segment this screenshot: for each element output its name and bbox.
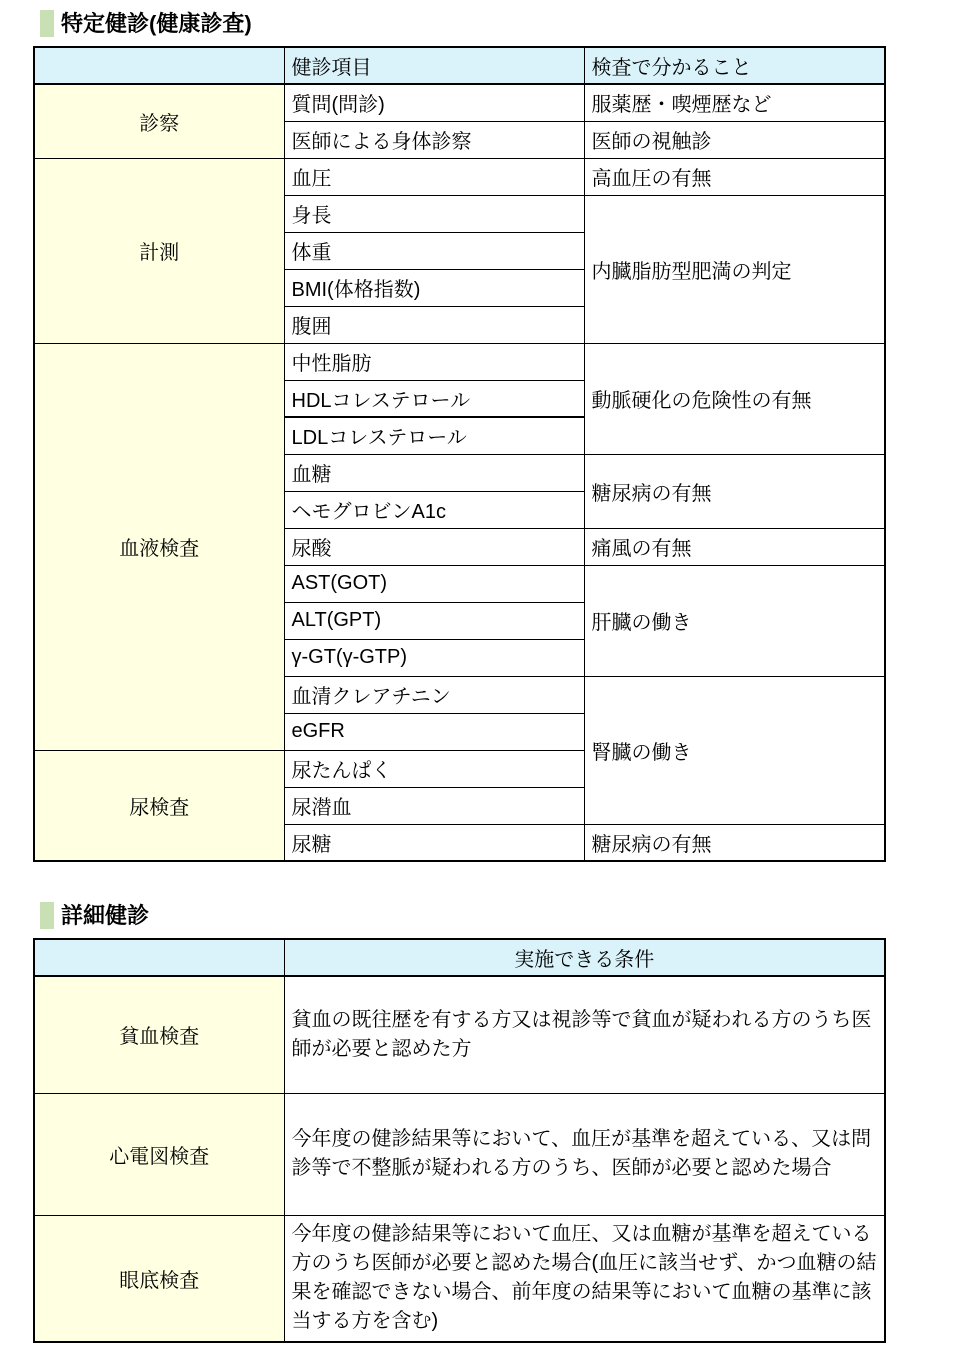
column-header [34,939,284,976]
category-cell: 尿検査 [34,750,284,861]
item-cell: LDLコレステロール [284,417,584,454]
column-header: 検査で分かること [584,47,885,84]
condition-cell: 今年度の健診結果等において、血圧が基準を超えている、又は問診等で不整脈が疑われる… [284,1093,885,1215]
item-cell: 中性脂肪 [284,343,584,380]
category-cell: 眼底検査 [34,1215,284,1342]
item-cell: 尿糖 [284,824,584,861]
specific-checkup-table: 健診項目検査で分かること 診察質問(問診)服薬歴・喫煙歴など医師による身体診察医… [33,46,886,862]
column-header: 健診項目 [284,47,584,84]
result-cell: 腎臓の働き [584,676,885,824]
item-cell: 尿潜血 [284,787,584,824]
result-cell: 動脈硬化の危険性の有無 [584,343,885,454]
item-cell: ALT(GPT) [284,602,584,639]
section-title-text: 特定健診(健康診査) [61,10,252,37]
category-cell: 貧血検査 [34,976,284,1093]
result-cell: 糖尿病の有無 [584,454,885,528]
condition-cell: 貧血の既往歴を有する方又は視診等で貧血が疑われる方のうち医師が必要と認めた方 [284,976,885,1093]
table-row: 心電図検査今年度の健診結果等において、血圧が基準を超えている、又は問診等で不整脈… [34,1093,885,1215]
result-cell: 内臓脂肪型肥満の判定 [584,195,885,343]
section-title-specific-checkup: 特定健診(健康診査) [40,8,960,38]
item-cell: ヘモグロビンA1c [284,491,584,528]
item-cell: 質問(問診) [284,84,584,121]
item-cell: 尿酸 [284,528,584,565]
item-cell: eGFR [284,713,584,750]
item-cell: HDLコレステロール [284,380,584,417]
document-page: 特定健診(健康診査) 健診項目検査で分かること 診察質問(問診)服薬歴・喫煙歴な… [0,0,960,1343]
section-bullet-icon [40,902,54,929]
section-gap [0,862,960,900]
category-cell: 心電図検査 [34,1093,284,1215]
table-row: 貧血検査貧血の既往歴を有する方又は視診等で貧血が疑われる方のうち医師が必要と認め… [34,976,885,1093]
item-cell: 体重 [284,232,584,269]
item-cell: 血糖 [284,454,584,491]
item-cell: AST(GOT) [284,565,584,602]
item-cell: 血圧 [284,158,584,195]
result-cell: 高血圧の有無 [584,158,885,195]
section-title-detailed-checkup: 詳細健診 [40,900,960,930]
result-cell: 糖尿病の有無 [584,824,885,861]
item-cell: 血清クレアチニン [284,676,584,713]
result-cell: 服薬歴・喫煙歴など [584,84,885,121]
section-title-text: 詳細健診 [61,902,149,929]
condition-cell: 今年度の健診結果等において血圧、又は血糖が基準を超えている方のうち医師が必要と認… [284,1215,885,1342]
table-row: 血液検査中性脂肪動脈硬化の危険性の有無 [34,343,885,380]
category-cell: 血液検査 [34,343,284,750]
table-row: 診察質問(問診)服薬歴・喫煙歴など [34,84,885,121]
result-cell: 医師の視触診 [584,121,885,158]
table-header-row: 実施できる条件 [34,939,885,976]
category-cell: 計測 [34,158,284,343]
category-cell: 診察 [34,84,284,158]
column-header: 実施できる条件 [284,939,885,976]
table-header-row: 健診項目検査で分かること [34,47,885,84]
item-cell: 腹囲 [284,306,584,343]
column-header [34,47,284,84]
item-cell: γ-GT(γ-GTP) [284,639,584,676]
result-cell: 痛風の有無 [584,528,885,565]
table-body: 貧血検査貧血の既往歴を有する方又は視診等で貧血が疑われる方のうち医師が必要と認め… [34,976,885,1342]
section-bullet-icon [40,10,54,37]
table-row: 眼底検査今年度の健診結果等において血圧、又は血糖が基準を超えている方のうち医師が… [34,1215,885,1342]
table-row: 計測血圧高血圧の有無 [34,158,885,195]
item-cell: 医師による身体診察 [284,121,584,158]
detailed-checkup-table: 実施できる条件 貧血検査貧血の既往歴を有する方又は視診等で貧血が疑われる方のうち… [33,938,886,1343]
item-cell: 身長 [284,195,584,232]
item-cell: BMI(体格指数) [284,269,584,306]
result-cell: 肝臓の働き [584,565,885,676]
item-cell: 尿たんぱく [284,750,584,787]
table-body: 診察質問(問診)服薬歴・喫煙歴など医師による身体診察医師の視触診計測血圧高血圧の… [34,84,885,861]
